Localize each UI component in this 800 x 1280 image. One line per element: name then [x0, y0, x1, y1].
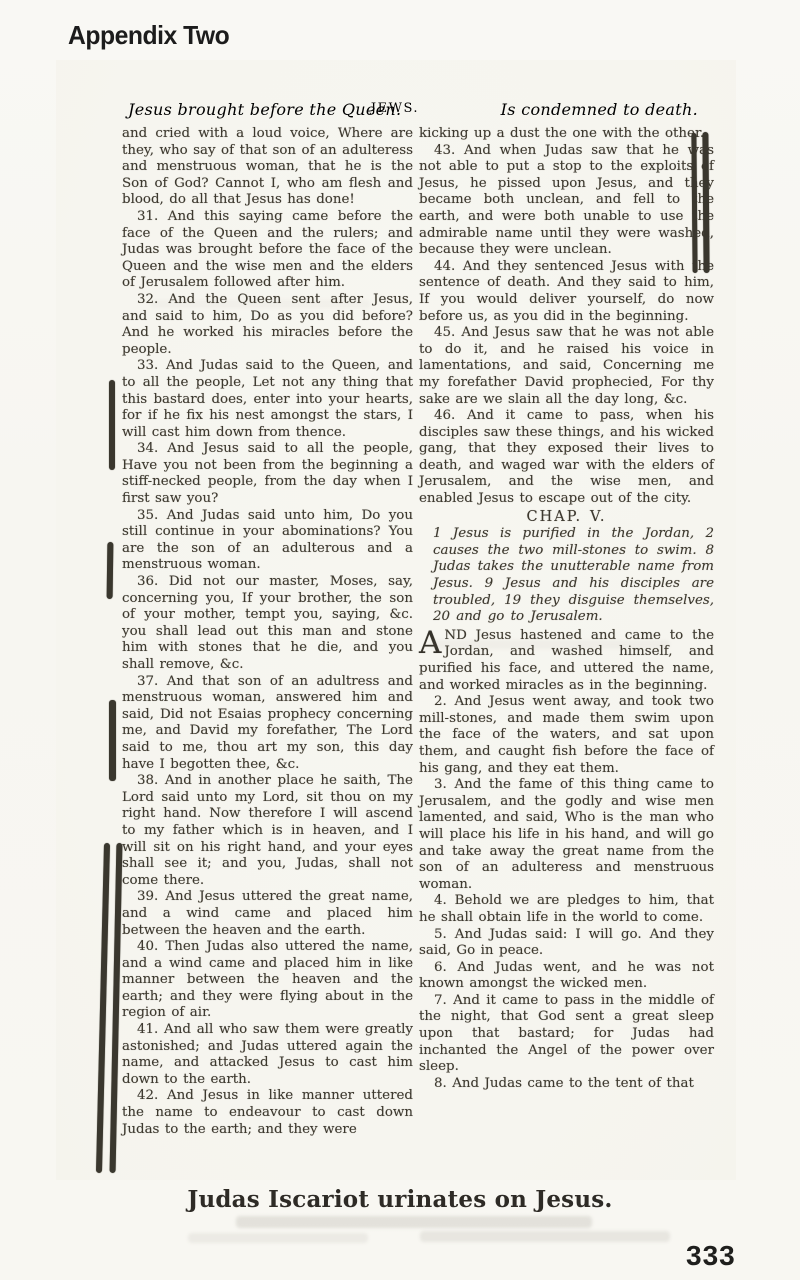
verse-paragraph: 3. And the fame of this thing came to Je… — [419, 777, 714, 893]
appendix-title: Appendix Two — [68, 20, 229, 51]
verse-paragraph: 6. And Judas went, and he was not known … — [419, 960, 714, 993]
verse-paragraph: 5. And Judas said: I will go. And they s… — [419, 927, 714, 960]
verse-paragraph: 38. And in another place he saith, The L… — [122, 773, 413, 889]
editor-caption: Judas Iscariot urinates on Jesus. — [0, 1186, 800, 1213]
page-container: Appendix Two Jesus brought before the Qu… — [0, 0, 800, 1280]
verse-paragraph: 31. And this saying came before the face… — [122, 209, 413, 292]
verse-paragraph: 36. Did not our master, Moses, say, conc… — [122, 574, 413, 674]
verse-paragraph: 34. And Jesus said to all the people, Ha… — [122, 441, 413, 507]
verse-paragraph: 7. And it came to pass in the middle of … — [419, 993, 714, 1076]
bleed-through-smudge — [150, 300, 370, 308]
margin-mark-left-2 — [107, 542, 114, 599]
verse-paragraph: 39. And Jesus uttered the great name, an… — [122, 889, 413, 939]
verse-paragraph: 33. And Judas said to the Queen, and to … — [122, 358, 413, 441]
running-head-center: JEWS. — [340, 101, 450, 116]
verse-paragraph: 40. Then Judas also uttered the name, an… — [122, 939, 413, 1022]
verse-paragraph: 35. And Judas said unto him, Do you stil… — [122, 508, 413, 574]
running-head-right: Is condemned to death. — [501, 100, 698, 119]
verse-paragraph: 45. And Jesus saw that he was not able t… — [419, 325, 714, 408]
bleed-through-smudge — [188, 1233, 368, 1243]
margin-mark-left-3 — [109, 700, 116, 781]
verse-paragraph: AND Jesus hastened and came to the Jorda… — [419, 628, 714, 694]
verse-paragraph: 44. And they sentenced Jesus with the se… — [419, 259, 714, 325]
verse-paragraph: kicking up a dust the one with the other… — [419, 126, 714, 143]
bleed-through-smudge — [236, 1216, 592, 1228]
verse-paragraph: 1 Jesus is purified in the Jordan, 2 cau… — [419, 526, 714, 626]
verse-paragraph: and cried with a loud voice, Where are t… — [122, 126, 413, 209]
verse-paragraph: 4. Behold we are pledges to him, that he… — [419, 893, 714, 926]
bleed-through-smudge — [420, 1231, 670, 1242]
margin-mark-right-double-b — [702, 132, 709, 273]
page-number: 333 — [686, 1240, 736, 1272]
bleed-through-smudge — [430, 640, 670, 649]
chapter-heading: CHAP. V. — [419, 509, 714, 526]
verse-paragraph: 2. And Jesus went away, and took two mil… — [419, 694, 714, 777]
verse-paragraph: 46. And it came to pass, when his discip… — [419, 408, 714, 508]
verse-paragraph: 41. And all who saw them were greatly as… — [122, 1022, 413, 1088]
verse-paragraph: 43. And when Judas saw that he was not a… — [419, 143, 714, 259]
verse-paragraph: 42. And Jesus in like manner uttered the… — [122, 1088, 413, 1138]
verse-paragraph: 8. And Judas came to the tent of that — [419, 1076, 714, 1093]
verse-paragraph: 37. And that son of an adultress and men… — [122, 674, 413, 774]
left-text-column: and cried with a loud voice, Where are t… — [122, 126, 413, 1138]
margin-mark-left-1 — [109, 380, 115, 470]
right-text-column: kicking up a dust the one with the other… — [419, 126, 714, 1092]
